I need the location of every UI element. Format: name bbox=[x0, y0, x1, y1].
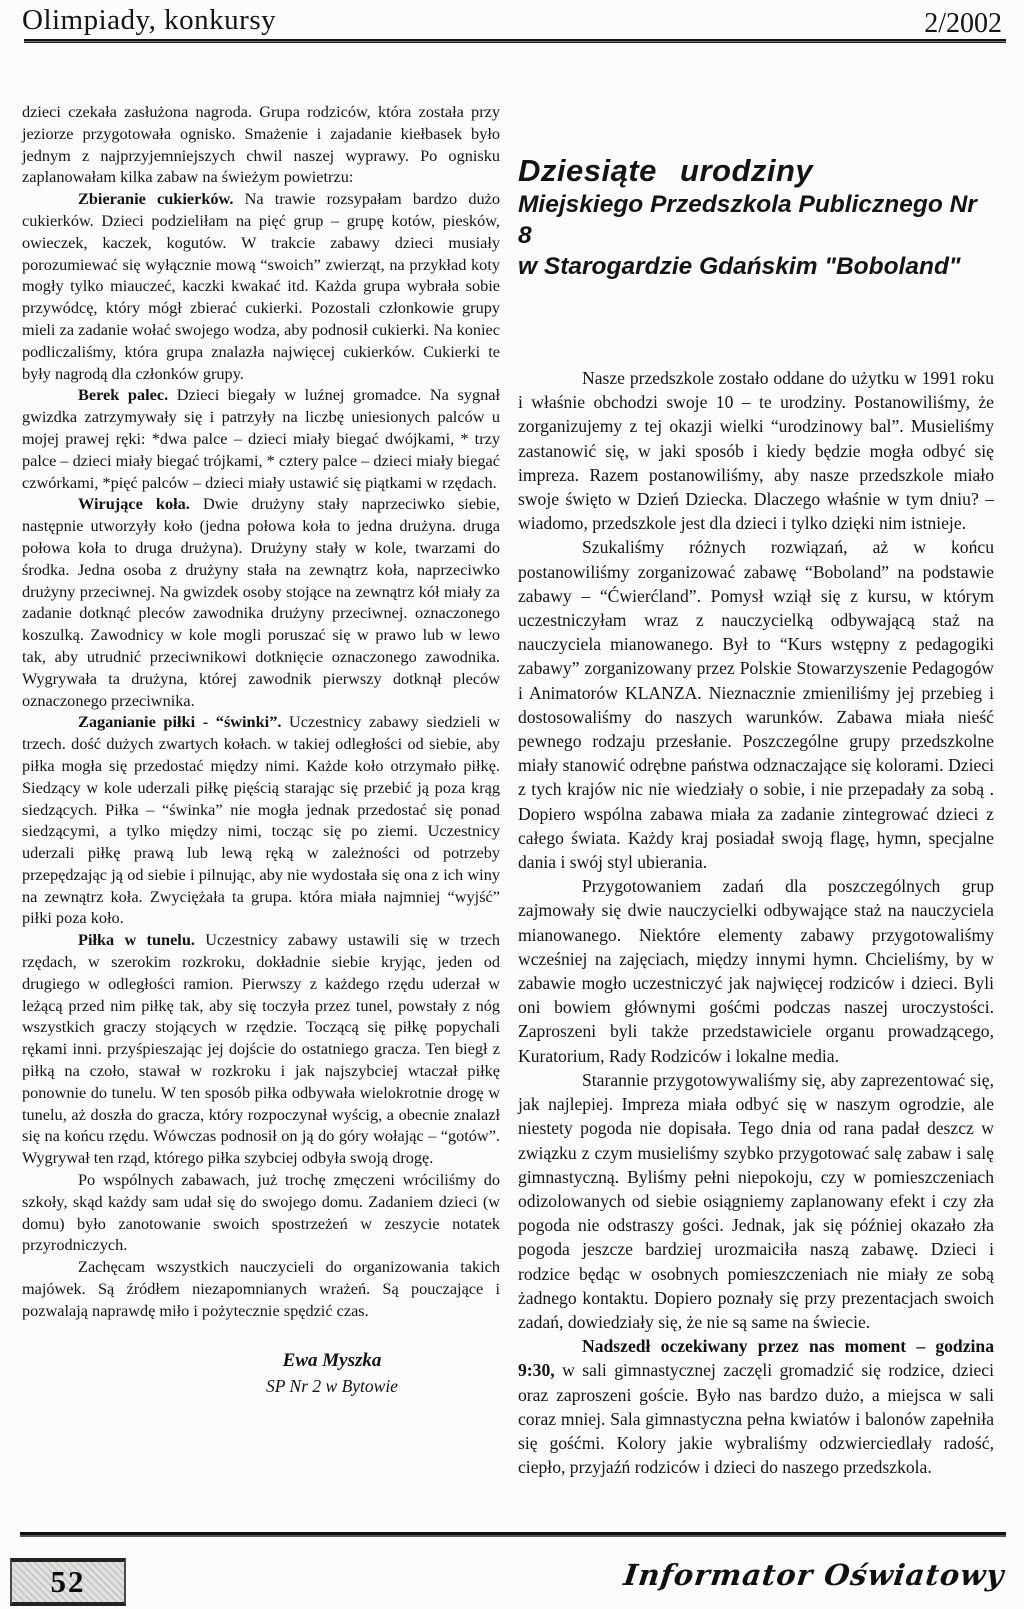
paragraph: Zbieranie cukierków. Na trawie rozsypała… bbox=[22, 188, 500, 384]
paragraph: Po wspólnych zabawach, już trochę zmęcze… bbox=[22, 1169, 500, 1256]
paragraph: dzieci czekała zasłużona nagroda. Grupa … bbox=[22, 101, 500, 188]
paragraph-lead: Zbieranie cukierków. bbox=[78, 189, 233, 208]
article-title-line3: w Starogardzie Gdańskim "Boboland" bbox=[518, 251, 994, 282]
article-title-line1: Dziesiąte urodziny bbox=[518, 152, 994, 189]
article-title-line2: Miejskiego Przedszkola Publicznego Nr 8 bbox=[518, 189, 994, 251]
signature-block: Ewa Myszka SP Nr 2 w Bytowie bbox=[172, 1348, 492, 1398]
issue-number: 2/2002 bbox=[924, 8, 1002, 40]
paragraph: Berek palec. Dzieci biegały w luźnej gro… bbox=[22, 384, 500, 493]
paragraph: Zaganianie piłki - “świnki”. Uczestnicy … bbox=[22, 711, 500, 929]
paragraph-text: Starannie przygotowywaliśmy się, aby zap… bbox=[518, 1070, 994, 1332]
paragraph-text: Nasze przedszkole zostało oddane do użyt… bbox=[518, 368, 994, 533]
header-divider bbox=[24, 39, 1006, 43]
article-title: Dziesiąte urodziny Miejskiego Przedszkol… bbox=[518, 152, 994, 282]
article-left-majowka: dzieci czekała zasłużona nagroda. Grupa … bbox=[22, 101, 500, 1398]
author-affiliation: SP Nr 2 w Bytowie bbox=[172, 1374, 492, 1398]
paragraph: Starannie przygotowywaliśmy się, aby zap… bbox=[518, 1068, 994, 1334]
paragraph-text: Zachęcam wszystkich nauczycieli do organ… bbox=[22, 1257, 500, 1320]
paragraph-text: Przygotowaniem zadań dla poszczególnych … bbox=[518, 876, 994, 1065]
paragraph: Zachęcam wszystkich nauczycieli do organ… bbox=[22, 1256, 500, 1321]
section-title: Olimpiady, konkursy bbox=[22, 4, 276, 37]
scanned-journal-page: Olimpiady, konkursy 2/2002 dzieci czekał… bbox=[0, 0, 1024, 1609]
paragraph-text: Dwie drużyny stały naprzeciwko siebie, n… bbox=[22, 494, 500, 709]
page-number-badge: 52 bbox=[10, 1558, 126, 1606]
paragraph: Wirujące koła. Dwie drużyny stały naprze… bbox=[22, 493, 500, 711]
paragraph-text: Po wspólnych zabawach, już trochę zmęcze… bbox=[22, 1170, 500, 1254]
paragraph-lead: Zaganianie piłki - “świnki”. bbox=[78, 712, 281, 731]
paragraph: Nasze przedszkole zostało oddane do użyt… bbox=[518, 366, 994, 535]
paragraph-text: Uczestnicy zabawy ustawili się w trzech … bbox=[22, 930, 500, 1167]
paragraph-text: Uczestnicy zabawy siedzieli w trzech. do… bbox=[22, 712, 500, 927]
paragraph-lead: Piłka w tunelu. bbox=[78, 930, 195, 949]
paragraph: Nadszedł oczekiwany przez nas moment – g… bbox=[518, 1334, 994, 1479]
paragraph-text: Szukaliśmy różnych rozwiązań, aż w końcu… bbox=[518, 537, 994, 872]
footer-divider bbox=[20, 1532, 1006, 1537]
paragraph: Piłka w tunelu. Uczestnicy zabawy ustawi… bbox=[22, 929, 500, 1169]
article-right-boboland: Dziesiąte urodziny Miejskiego Przedszkol… bbox=[518, 152, 994, 1479]
paragraph: Szukaliśmy różnych rozwiązań, aż w końcu… bbox=[518, 535, 994, 874]
paragraph-lead: Berek palec. bbox=[78, 385, 168, 404]
paragraph-text: Na trawie rozsypałam bardzo dużo cukierk… bbox=[22, 189, 500, 382]
paragraph-text: dzieci czekała zasłużona nagroda. Grupa … bbox=[22, 102, 500, 186]
journal-name: Informator Oświatowy bbox=[622, 1558, 1006, 1592]
paragraph: Przygotowaniem zadań dla poszczególnych … bbox=[518, 874, 994, 1068]
paragraph-lead: Wirujące koła. bbox=[78, 494, 190, 513]
author-name: Ewa Myszka bbox=[172, 1348, 492, 1374]
paragraph-text: w sali gimnastycznej zaczęli gromadzić s… bbox=[518, 1360, 994, 1477]
